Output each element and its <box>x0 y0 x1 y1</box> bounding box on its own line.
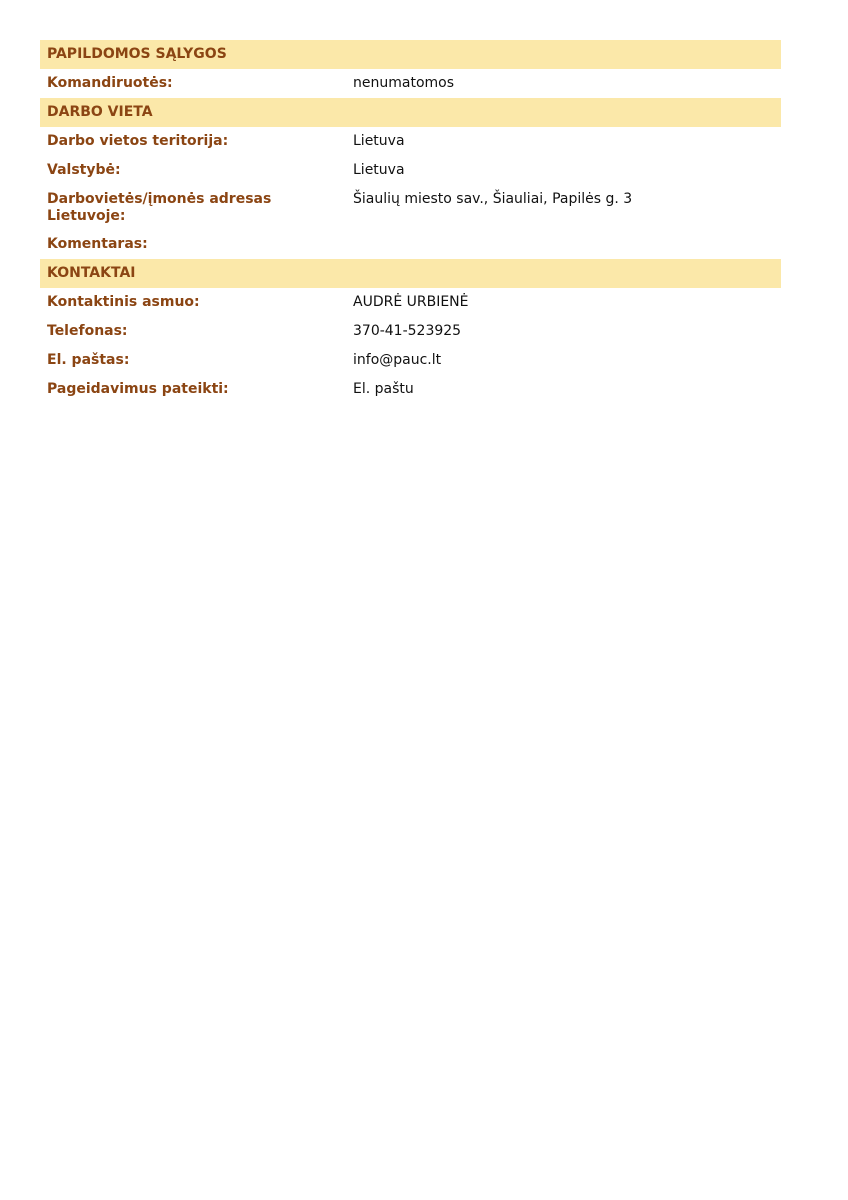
field-value: nenumatomos <box>353 69 781 92</box>
field-label: Komentaras: <box>40 230 353 258</box>
row-workplace-territory: Darbo vietos teritorija: Lietuva <box>40 127 781 156</box>
field-label: Darbo vietos teritorija: <box>40 127 353 155</box>
row-phone: Telefonas: 370-41-523925 <box>40 317 781 346</box>
field-value: info@pauc.lt <box>353 346 781 369</box>
row-workplace-address: Darbovietės/įmonės adresas Lietuvoje: Ši… <box>40 185 781 230</box>
row-comment: Komentaras: <box>40 230 781 259</box>
field-value: El. paštu <box>353 375 781 398</box>
field-label: Komandiruotės: <box>40 69 353 97</box>
row-email: El. paštas: info@pauc.lt <box>40 346 781 375</box>
field-value: Šiaulių miesto sav., Šiauliai, Papilės g… <box>353 185 781 208</box>
field-label: Pageidavimus pateikti: <box>40 375 353 403</box>
job-details-document: PAPILDOMOS SĄLYGOS Komandiruotės: nenuma… <box>40 40 781 404</box>
row-business-trips: Komandiruotės: nenumatomos <box>40 69 781 98</box>
section-header-contacts: KONTAKTAI <box>40 259 781 288</box>
field-value: 370-41-523925 <box>353 317 781 340</box>
field-label: Valstybė: <box>40 156 353 184</box>
field-label: Telefonas: <box>40 317 353 345</box>
field-value: AUDRĖ URBIENĖ <box>353 288 781 311</box>
row-country: Valstybė: Lietuva <box>40 156 781 185</box>
section-header-additional-conditions: PAPILDOMOS SĄLYGOS <box>40 40 781 69</box>
section-header-workplace: DARBO VIETA <box>40 98 781 127</box>
field-label: Darbovietės/įmonės adresas Lietuvoje: <box>40 185 353 230</box>
row-contact-person: Kontaktinis asmuo: AUDRĖ URBIENĖ <box>40 288 781 317</box>
row-submit-preferences: Pageidavimus pateikti: El. paštu <box>40 375 781 404</box>
field-value <box>353 230 781 236</box>
field-label: El. paštas: <box>40 346 353 374</box>
field-value: Lietuva <box>353 127 781 150</box>
field-value: Lietuva <box>353 156 781 179</box>
field-label: Kontaktinis asmuo: <box>40 288 353 316</box>
